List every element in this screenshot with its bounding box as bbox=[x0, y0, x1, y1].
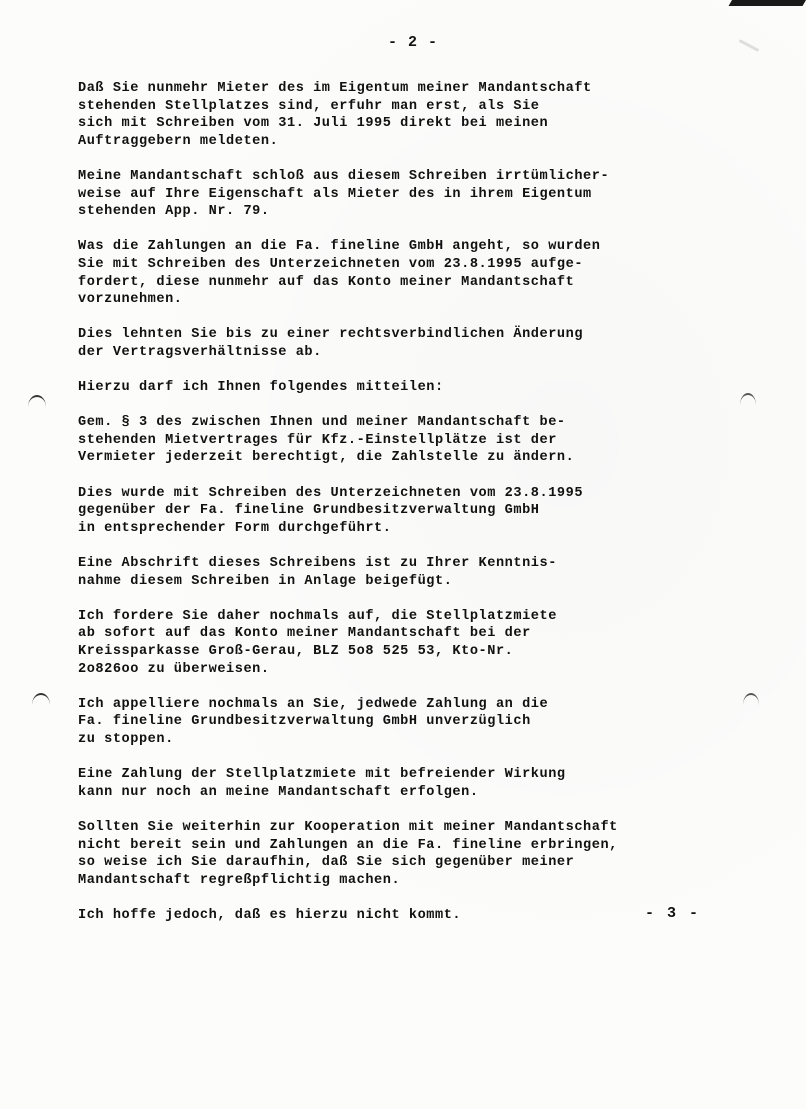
paragraph: Ich fordere Sie daher nochmals auf, die … bbox=[78, 608, 678, 678]
text-line: Kreissparkasse Groß-Gerau, BLZ 5o8 525 5… bbox=[78, 643, 678, 661]
paragraph: Gem. § 3 des zwischen Ihnen und meiner M… bbox=[78, 414, 678, 467]
text-line: stehenden Stellplatzes sind, erfuhr man … bbox=[78, 98, 678, 116]
text-line: Auftraggebern meldeten. bbox=[78, 133, 678, 151]
page-number-bottom: - 3 - bbox=[645, 905, 700, 922]
text-line: fordert, diese nunmehr auf das Konto mei… bbox=[78, 274, 678, 292]
text-line: Fa. fineline Grundbesitzverwaltung GmbH … bbox=[78, 713, 678, 731]
text-line: weise auf Ihre Eigenschaft als Mieter de… bbox=[78, 186, 678, 204]
text-line: Meine Mandantschaft schloß aus diesem Sc… bbox=[78, 168, 678, 186]
paragraph: Ich hoffe jedoch, daß es hierzu nicht ko… bbox=[78, 907, 678, 925]
document-page: - 2 - Daß Sie nunmehr Mieter des im Eige… bbox=[0, 0, 806, 1109]
punch-hole-mark-icon bbox=[32, 693, 50, 705]
punch-hole-mark-icon bbox=[740, 393, 756, 405]
paragraph: Was die Zahlungen an die Fa. fineline Gm… bbox=[78, 238, 678, 308]
punch-hole-mark-icon bbox=[28, 395, 46, 407]
text-line: Was die Zahlungen an die Fa. fineline Gm… bbox=[78, 238, 678, 256]
paragraph: Dies lehnten Sie bis zu einer rechtsverb… bbox=[78, 326, 678, 361]
text-line: Ich appelliere nochmals an Sie, jedwede … bbox=[78, 696, 678, 714]
paragraph: Dies wurde mit Schreiben des Unterzeichn… bbox=[78, 485, 678, 538]
scan-edge-shadow bbox=[729, 0, 806, 6]
text-line: kann nur noch an meine Mandantschaft erf… bbox=[78, 784, 678, 802]
text-line: Ich fordere Sie daher nochmals auf, die … bbox=[78, 608, 678, 626]
text-line: Sie mit Schreiben des Unterzeichneten vo… bbox=[78, 256, 678, 274]
text-line: Ich hoffe jedoch, daß es hierzu nicht ko… bbox=[78, 907, 678, 925]
page-number-top: - 2 - bbox=[0, 34, 806, 51]
text-line: vorzunehmen. bbox=[78, 291, 678, 309]
text-line: Eine Zahlung der Stellplatzmiete mit bef… bbox=[78, 766, 678, 784]
text-line: der Vertragsverhältnisse ab. bbox=[78, 344, 678, 362]
text-line: Mandantschaft regreßpflichtig machen. bbox=[78, 872, 678, 890]
paragraph: Eine Abschrift dieses Schreibens ist zu … bbox=[78, 555, 678, 590]
text-line: nahme diesem Schreiben in Anlage beigefü… bbox=[78, 573, 678, 591]
letter-body: Daß Sie nunmehr Mieter des im Eigentum m… bbox=[78, 80, 678, 942]
text-line: sich mit Schreiben vom 31. Juli 1995 dir… bbox=[78, 115, 678, 133]
paragraph: Meine Mandantschaft schloß aus diesem Sc… bbox=[78, 168, 678, 221]
text-line: in entsprechender Form durchgeführt. bbox=[78, 520, 678, 538]
text-line: 2o826oo zu überweisen. bbox=[78, 661, 678, 679]
text-line: nicht bereit sein und Zahlungen an die F… bbox=[78, 837, 678, 855]
text-line: Vermieter jederzeit berechtigt, die Zahl… bbox=[78, 449, 678, 467]
text-line: zu stoppen. bbox=[78, 731, 678, 749]
text-line: Daß Sie nunmehr Mieter des im Eigentum m… bbox=[78, 80, 678, 98]
paragraph: Sollten Sie weiterhin zur Kooperation mi… bbox=[78, 819, 678, 889]
paragraph: Hierzu darf ich Ihnen folgendes mitteile… bbox=[78, 379, 678, 397]
paragraph: Daß Sie nunmehr Mieter des im Eigentum m… bbox=[78, 80, 678, 150]
text-line: Sollten Sie weiterhin zur Kooperation mi… bbox=[78, 819, 678, 837]
text-line: Hierzu darf ich Ihnen folgendes mitteile… bbox=[78, 379, 678, 397]
text-line: Dies wurde mit Schreiben des Unterzeichn… bbox=[78, 485, 678, 503]
text-line: so weise ich Sie daraufhin, daß Sie sich… bbox=[78, 854, 678, 872]
text-line: Dies lehnten Sie bis zu einer rechtsverb… bbox=[78, 326, 678, 344]
paragraph: Eine Zahlung der Stellplatzmiete mit bef… bbox=[78, 766, 678, 801]
paragraph: Ich appelliere nochmals an Sie, jedwede … bbox=[78, 696, 678, 749]
text-line: stehenden App. Nr. 79. bbox=[78, 203, 678, 221]
text-line: ab sofort auf das Konto meiner Mandantsc… bbox=[78, 625, 678, 643]
punch-hole-mark-icon bbox=[743, 693, 759, 705]
text-line: gegenüber der Fa. fineline Grundbesitzve… bbox=[78, 502, 678, 520]
text-line: Gem. § 3 des zwischen Ihnen und meiner M… bbox=[78, 414, 678, 432]
text-line: stehenden Mietvertrages für Kfz.-Einstel… bbox=[78, 432, 678, 450]
text-line: Eine Abschrift dieses Schreibens ist zu … bbox=[78, 555, 678, 573]
